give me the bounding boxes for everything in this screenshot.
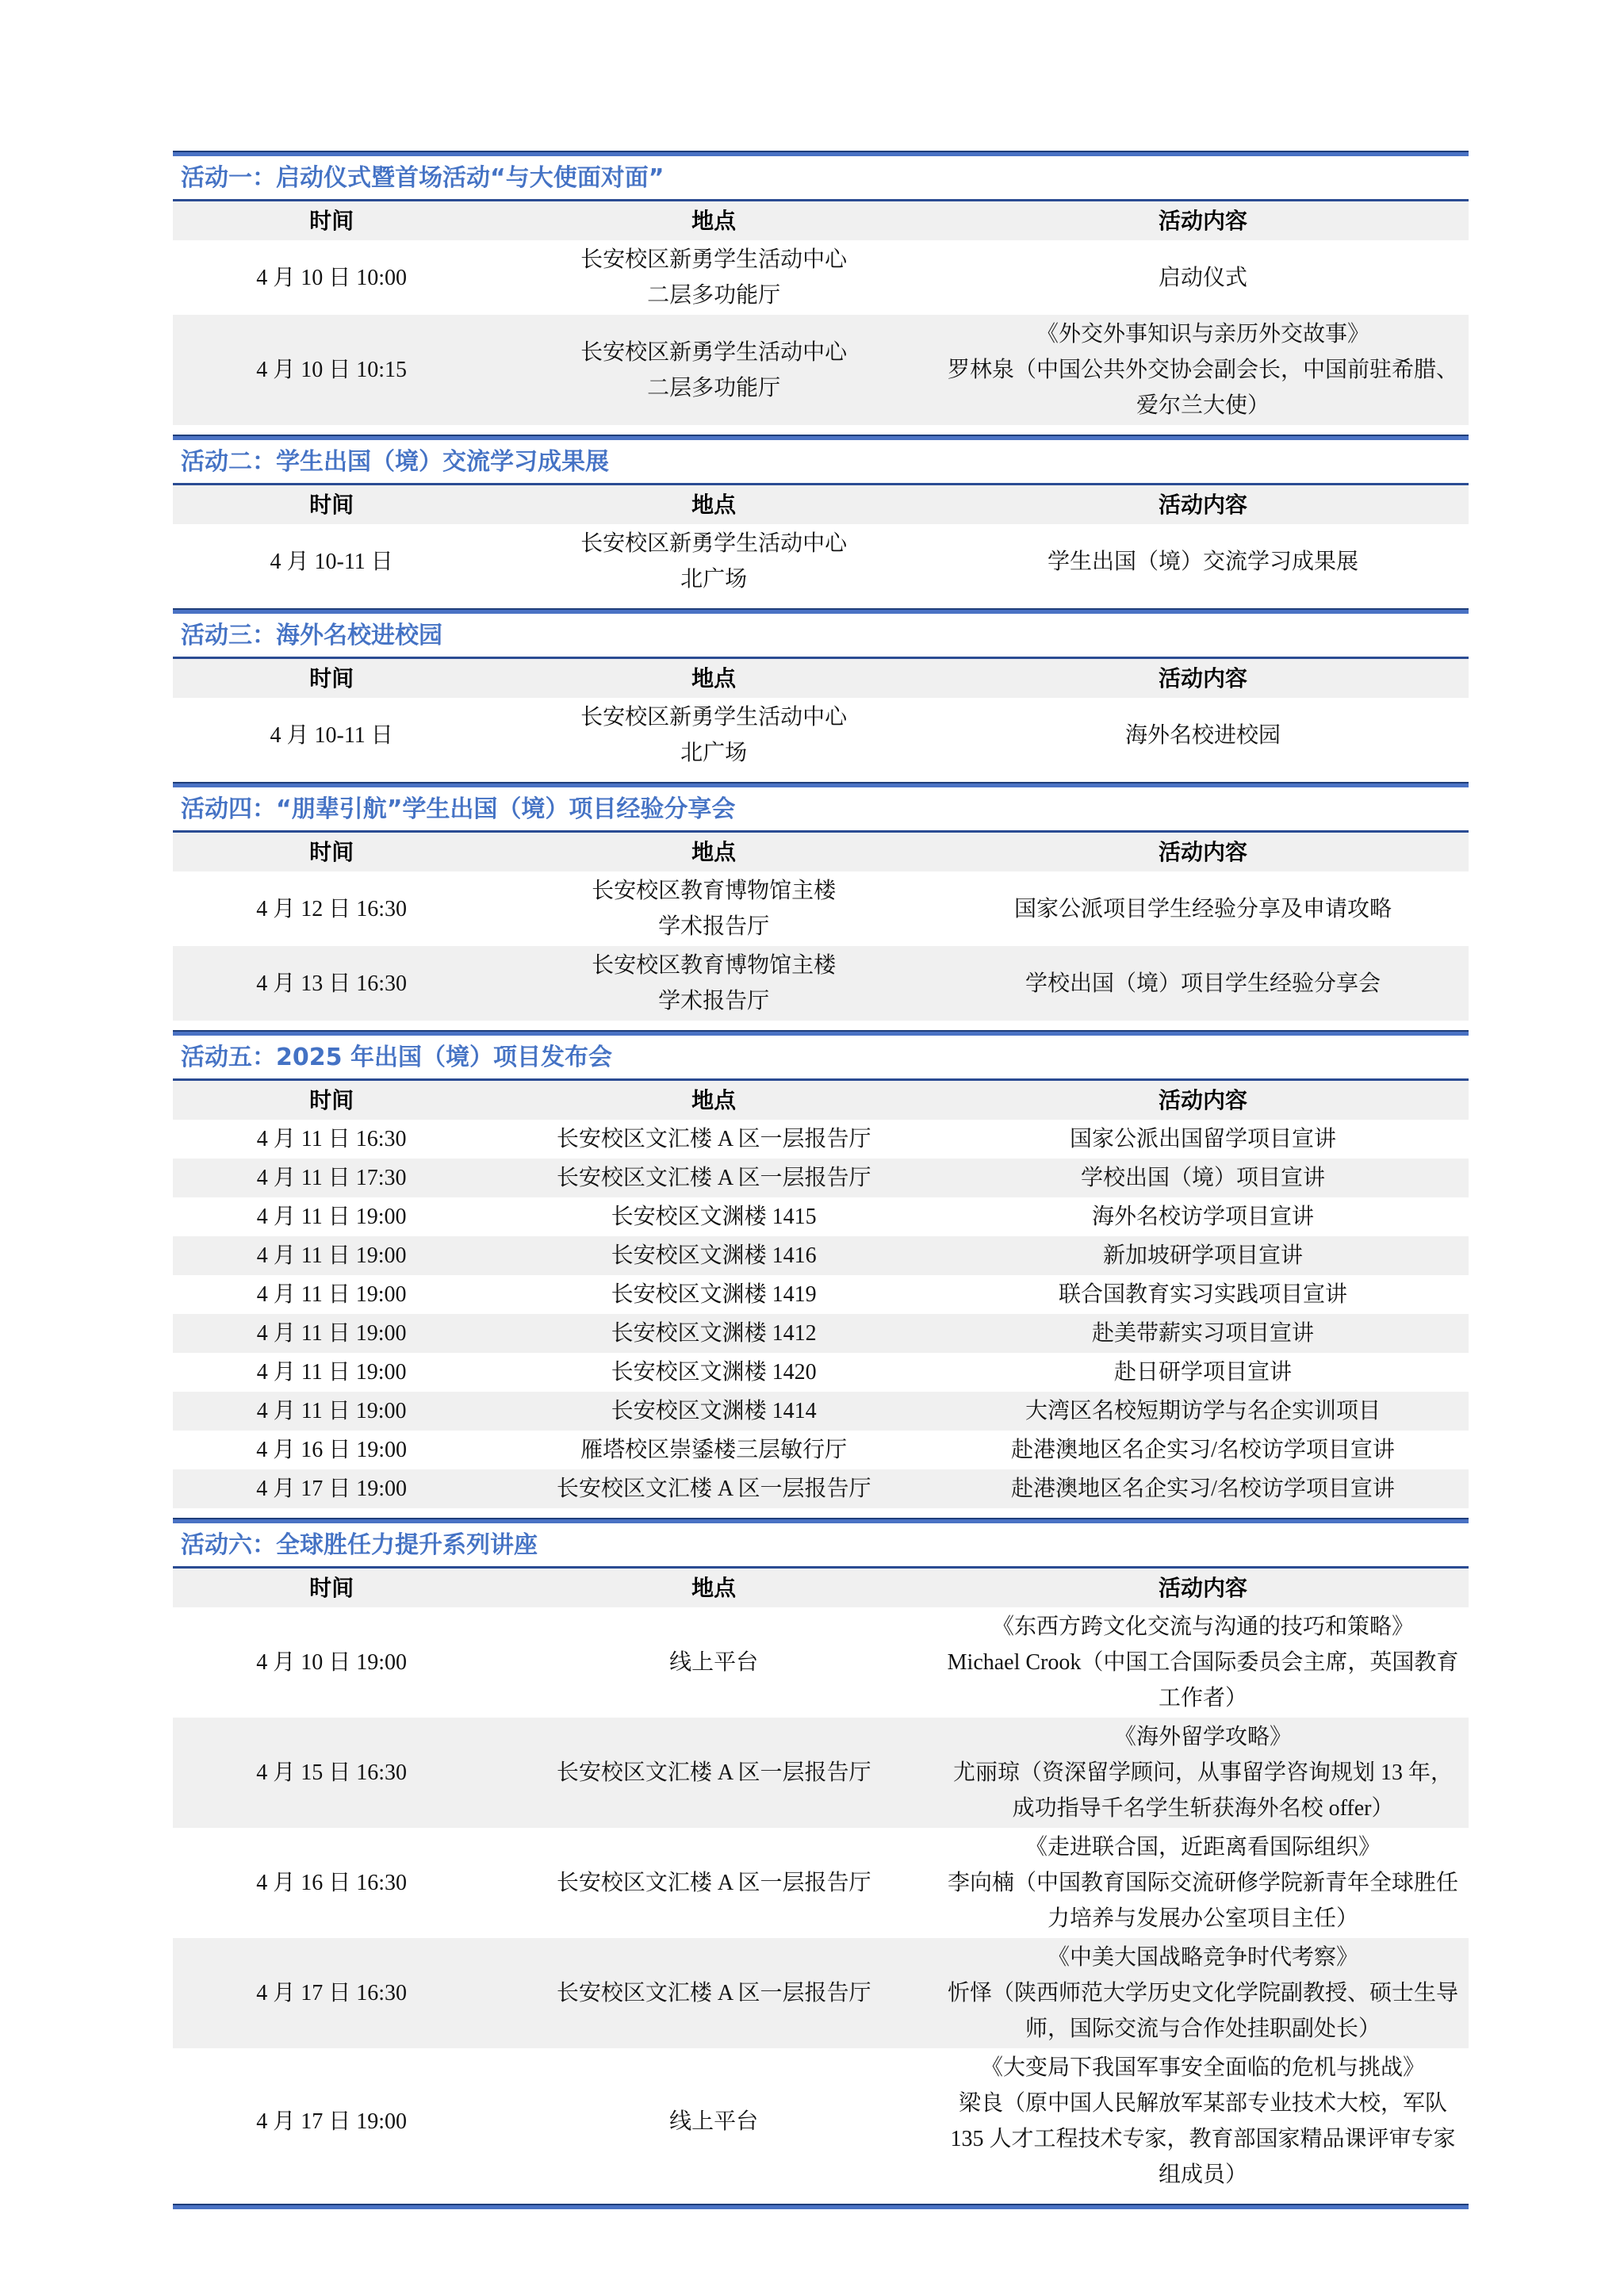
- table-row: 4 月 17 日 16:30 长安校区文汇楼 A 区一层报告厅 《中美大国战略竞…: [173, 1938, 1469, 2048]
- location-cell: 长安校区文渊楼 1416: [490, 1236, 937, 1275]
- content-cell: 大湾区名校短期访学与名企实训项目: [937, 1392, 1469, 1431]
- schedule-table: 时间 地点 活动内容 4 月 10-11 日 长安校区新勇学生活动中心 北广场 …: [173, 659, 1469, 772]
- content-cell: 《走进联合国，近距离看国际组织》 李向楠（中国教育国际交流研修学院新青年全球胜任…: [937, 1828, 1469, 1938]
- time-cell: 4 月 16 日 19:00: [173, 1431, 490, 1469]
- time-cell: 4 月 11 日 17:30: [173, 1159, 490, 1197]
- section-activity-2: 活动二：学生出国（境）交流学习成果展 时间 地点 活动内容 4 月 10-11 …: [173, 435, 1469, 599]
- column-header-time: 时间: [173, 1569, 490, 1607]
- schedule-table: 时间 地点 活动内容 4 月 12 日 16:30 长安校区教育博物馆主楼 学术…: [173, 833, 1469, 1021]
- content-cell: 学校出国（境）项目学生经验分享会: [937, 946, 1469, 1021]
- table-row: 4 月 11 日 19:00 长安校区文渊楼 1415 海外名校访学项目宣讲: [173, 1197, 1469, 1236]
- column-header-content: 活动内容: [937, 485, 1469, 524]
- time-cell: 4 月 10 日 19:00: [173, 1607, 490, 1718]
- time-cell: 4 月 11 日 19:00: [173, 1275, 490, 1314]
- content-cell: 启动仪式: [937, 240, 1469, 315]
- section-top-rule: [173, 435, 1469, 440]
- content-cell: 《海外留学攻略》 尤丽琼（资深留学顾问，从事留学咨询规划 13 年，成功指导千名…: [937, 1718, 1469, 1828]
- section-title: 活动二：学生出国（境）交流学习成果展: [173, 440, 1469, 483]
- column-header-content: 活动内容: [937, 201, 1469, 240]
- schedule-table: 时间 地点 活动内容 4 月 10-11 日 长安校区新勇学生活动中心 北广场 …: [173, 485, 1469, 599]
- content-cell: 海外名校进校园: [937, 698, 1469, 772]
- section-activity-6: 活动六：全球胜任力提升系列讲座 时间 地点 活动内容 4 月 10 日 19:0…: [173, 1518, 1469, 2194]
- column-header-time: 时间: [173, 485, 490, 524]
- time-cell: 4 月 10 日 10:15: [173, 315, 490, 425]
- schedule-table: 时间 地点 活动内容 4 月 10 日 19:00 线上平台 《东西方跨文化交流…: [173, 1569, 1469, 2194]
- location-cell: 长安校区文汇楼 A 区一层报告厅: [490, 1159, 937, 1197]
- content-cell: 海外名校访学项目宣讲: [937, 1197, 1469, 1236]
- location-cell: 长安校区文渊楼 1412: [490, 1314, 937, 1353]
- location-cell: 雁塔校区崇鋈楼三层敏行厅: [490, 1431, 937, 1469]
- section-top-rule: [173, 608, 1469, 614]
- content-cell: 新加坡研学项目宣讲: [937, 1236, 1469, 1275]
- table-row: 4 月 10-11 日 长安校区新勇学生活动中心 北广场 海外名校进校园: [173, 698, 1469, 772]
- table-row: 4 月 16 日 16:30 长安校区文汇楼 A 区一层报告厅 《走进联合国，近…: [173, 1828, 1469, 1938]
- table-row: 4 月 16 日 19:00 雁塔校区崇鋈楼三层敏行厅 赴港澳地区名企实习/名校…: [173, 1431, 1469, 1469]
- header-row: 时间 地点 活动内容: [173, 201, 1469, 240]
- table-row: 4 月 13 日 16:30 长安校区教育博物馆主楼 学术报告厅 学校出国（境）…: [173, 946, 1469, 1021]
- location-cell: 长安校区文汇楼 A 区一层报告厅: [490, 1938, 937, 2048]
- content-cell: 《中美大国战略竞争时代考察》 忻怿（陕西师范大学历史文化学院副教授、硕士生导师，…: [937, 1938, 1469, 2048]
- location-cell: 长安校区文汇楼 A 区一层报告厅: [490, 1469, 937, 1508]
- location-cell: 长安校区文汇楼 A 区一层报告厅: [490, 1718, 937, 1828]
- content-cell: 国家公派项目学生经验分享及申请攻略: [937, 871, 1469, 946]
- location-cell: 长安校区新勇学生活动中心 二层多功能厅: [490, 240, 937, 315]
- table-row: 4 月 10-11 日 长安校区新勇学生活动中心 北广场 学生出国（境）交流学习…: [173, 524, 1469, 599]
- column-header-location: 地点: [490, 201, 937, 240]
- content-cell: 赴日研学项目宣讲: [937, 1353, 1469, 1392]
- time-cell: 4 月 16 日 16:30: [173, 1828, 490, 1938]
- section-activity-4: 活动四：“朋辈引航”学生出国（境）项目经验分享会 时间 地点 活动内容 4 月 …: [173, 782, 1469, 1021]
- column-header-location: 地点: [490, 1081, 937, 1120]
- header-row: 时间 地点 活动内容: [173, 1569, 1469, 1607]
- section-top-rule: [173, 1518, 1469, 1523]
- location-cell: 长安校区文渊楼 1414: [490, 1392, 937, 1431]
- section-title: 活动一：启动仪式暨首场活动“与大使面对面”: [173, 156, 1469, 199]
- time-cell: 4 月 11 日 19:00: [173, 1392, 490, 1431]
- section-title: 活动四：“朋辈引航”学生出国（境）项目经验分享会: [173, 787, 1469, 830]
- content-cell: 学生出国（境）交流学习成果展: [937, 524, 1469, 599]
- page-bottom-rule: [173, 2204, 1469, 2209]
- column-header-location: 地点: [490, 1569, 937, 1607]
- table-row: 4 月 11 日 17:30 长安校区文汇楼 A 区一层报告厅 学校出国（境）项…: [173, 1159, 1469, 1197]
- location-cell: 长安校区文渊楼 1419: [490, 1275, 937, 1314]
- column-header-content: 活动内容: [937, 1569, 1469, 1607]
- time-cell: 4 月 11 日 19:00: [173, 1197, 490, 1236]
- column-header-time: 时间: [173, 659, 490, 698]
- content-cell: 《大变局下我国军事安全面临的危机与挑战》 梁良（原中国人民解放军某部专业技术大校…: [937, 2048, 1469, 2194]
- table-row: 4 月 10 日 19:00 线上平台 《东西方跨文化交流与沟通的技巧和策略》 …: [173, 1607, 1469, 1718]
- time-cell: 4 月 17 日 19:00: [173, 1469, 490, 1508]
- table-row: 4 月 12 日 16:30 长安校区教育博物馆主楼 学术报告厅 国家公派项目学…: [173, 871, 1469, 946]
- table-row: 4 月 11 日 19:00 长安校区文渊楼 1420 赴日研学项目宣讲: [173, 1353, 1469, 1392]
- column-header-location: 地点: [490, 659, 937, 698]
- header-row: 时间 地点 活动内容: [173, 659, 1469, 698]
- section-title: 活动六：全球胜任力提升系列讲座: [173, 1523, 1469, 1566]
- location-cell: 长安校区教育博物馆主楼 学术报告厅: [490, 871, 937, 946]
- section-title: 活动三：海外名校进校园: [173, 614, 1469, 657]
- time-cell: 4 月 13 日 16:30: [173, 946, 490, 1021]
- table-row: 4 月 11 日 19:00 长安校区文渊楼 1412 赴美带薪实习项目宣讲: [173, 1314, 1469, 1353]
- table-row: 4 月 11 日 19:00 长安校区文渊楼 1416 新加坡研学项目宣讲: [173, 1236, 1469, 1275]
- section-activity-1: 活动一：启动仪式暨首场活动“与大使面对面” 时间 地点 活动内容 4 月 10 …: [173, 151, 1469, 425]
- location-cell: 长安校区新勇学生活动中心 北广场: [490, 698, 937, 772]
- table-row: 4 月 11 日 16:30 长安校区文汇楼 A 区一层报告厅 国家公派出国留学…: [173, 1120, 1469, 1159]
- table-row: 4 月 10 日 10:00 长安校区新勇学生活动中心 二层多功能厅 启动仪式: [173, 240, 1469, 315]
- section-activity-5: 活动五：2025 年出国（境）项目发布会 时间 地点 活动内容 4 月 11 日…: [173, 1030, 1469, 1508]
- time-cell: 4 月 11 日 19:00: [173, 1353, 490, 1392]
- table-row: 4 月 17 日 19:00 长安校区文汇楼 A 区一层报告厅 赴港澳地区名企实…: [173, 1469, 1469, 1508]
- time-cell: 4 月 10 日 10:00: [173, 240, 490, 315]
- content-cell: 赴美带薪实习项目宣讲: [937, 1314, 1469, 1353]
- section-activity-3: 活动三：海外名校进校园 时间 地点 活动内容 4 月 10-11 日 长安校区新…: [173, 608, 1469, 772]
- table-row: 4 月 15 日 16:30 长安校区文汇楼 A 区一层报告厅 《海外留学攻略》…: [173, 1718, 1469, 1828]
- location-cell: 长安校区新勇学生活动中心 北广场: [490, 524, 937, 599]
- section-top-rule: [173, 782, 1469, 787]
- section-top-rule: [173, 1030, 1469, 1036]
- document-page: 活动一：启动仪式暨首场活动“与大使面对面” 时间 地点 活动内容 4 月 10 …: [0, 0, 1624, 2283]
- column-header-content: 活动内容: [937, 833, 1469, 871]
- location-cell: 长安校区教育博物馆主楼 学术报告厅: [490, 946, 937, 1021]
- location-cell: 线上平台: [490, 2048, 937, 2194]
- header-row: 时间 地点 活动内容: [173, 1081, 1469, 1120]
- location-cell: 长安校区文汇楼 A 区一层报告厅: [490, 1120, 937, 1159]
- column-header-content: 活动内容: [937, 659, 1469, 698]
- time-cell: 4 月 17 日 16:30: [173, 1938, 490, 2048]
- time-cell: 4 月 11 日 16:30: [173, 1120, 490, 1159]
- schedule-table: 时间 地点 活动内容 4 月 10 日 10:00 长安校区新勇学生活动中心 二…: [173, 201, 1469, 425]
- content-cell: 《外交外事知识与亲历外交故事》 罗林泉（中国公共外交协会副会长，中国前驻希腊、爱…: [937, 315, 1469, 425]
- location-cell: 线上平台: [490, 1607, 937, 1718]
- table-row: 4 月 17 日 19:00 线上平台 《大变局下我国军事安全面临的危机与挑战》…: [173, 2048, 1469, 2194]
- column-header-location: 地点: [490, 485, 937, 524]
- column-header-time: 时间: [173, 833, 490, 871]
- location-cell: 长安校区文渊楼 1420: [490, 1353, 937, 1392]
- time-cell: 4 月 10-11 日: [173, 698, 490, 772]
- header-row: 时间 地点 活动内容: [173, 485, 1469, 524]
- table-row: 4 月 11 日 19:00 长安校区文渊楼 1414 大湾区名校短期访学与名企…: [173, 1392, 1469, 1431]
- content-cell: 国家公派出国留学项目宣讲: [937, 1120, 1469, 1159]
- content-cell: 联合国教育实习实践项目宣讲: [937, 1275, 1469, 1314]
- column-header-content: 活动内容: [937, 1081, 1469, 1120]
- section-top-rule: [173, 151, 1469, 156]
- table-row: 4 月 11 日 19:00 长安校区文渊楼 1419 联合国教育实习实践项目宣…: [173, 1275, 1469, 1314]
- time-cell: 4 月 11 日 19:00: [173, 1314, 490, 1353]
- content-cell: 赴港澳地区名企实习/名校访学项目宣讲: [937, 1431, 1469, 1469]
- location-cell: 长安校区文渊楼 1415: [490, 1197, 937, 1236]
- time-cell: 4 月 17 日 19:00: [173, 2048, 490, 2194]
- section-title: 活动五：2025 年出国（境）项目发布会: [173, 1036, 1469, 1078]
- schedule-table: 时间 地点 活动内容 4 月 11 日 16:30 长安校区文汇楼 A 区一层报…: [173, 1081, 1469, 1508]
- column-header-time: 时间: [173, 201, 490, 240]
- time-cell: 4 月 12 日 16:30: [173, 871, 490, 946]
- time-cell: 4 月 10-11 日: [173, 524, 490, 599]
- location-cell: 长安校区文汇楼 A 区一层报告厅: [490, 1828, 937, 1938]
- content-cell: 赴港澳地区名企实习/名校访学项目宣讲: [937, 1469, 1469, 1508]
- table-row: 4 月 10 日 10:15 长安校区新勇学生活动中心 二层多功能厅 《外交外事…: [173, 315, 1469, 425]
- content-cell: 学校出国（境）项目宣讲: [937, 1159, 1469, 1197]
- header-row: 时间 地点 活动内容: [173, 833, 1469, 871]
- time-cell: 4 月 11 日 19:00: [173, 1236, 490, 1275]
- content-cell: 《东西方跨文化交流与沟通的技巧和策略》 Michael Crook（中国工合国际…: [937, 1607, 1469, 1718]
- location-cell: 长安校区新勇学生活动中心 二层多功能厅: [490, 315, 937, 425]
- column-header-time: 时间: [173, 1081, 490, 1120]
- column-header-location: 地点: [490, 833, 937, 871]
- time-cell: 4 月 15 日 16:30: [173, 1718, 490, 1828]
- bottom-whitespace: [173, 2209, 1469, 2283]
